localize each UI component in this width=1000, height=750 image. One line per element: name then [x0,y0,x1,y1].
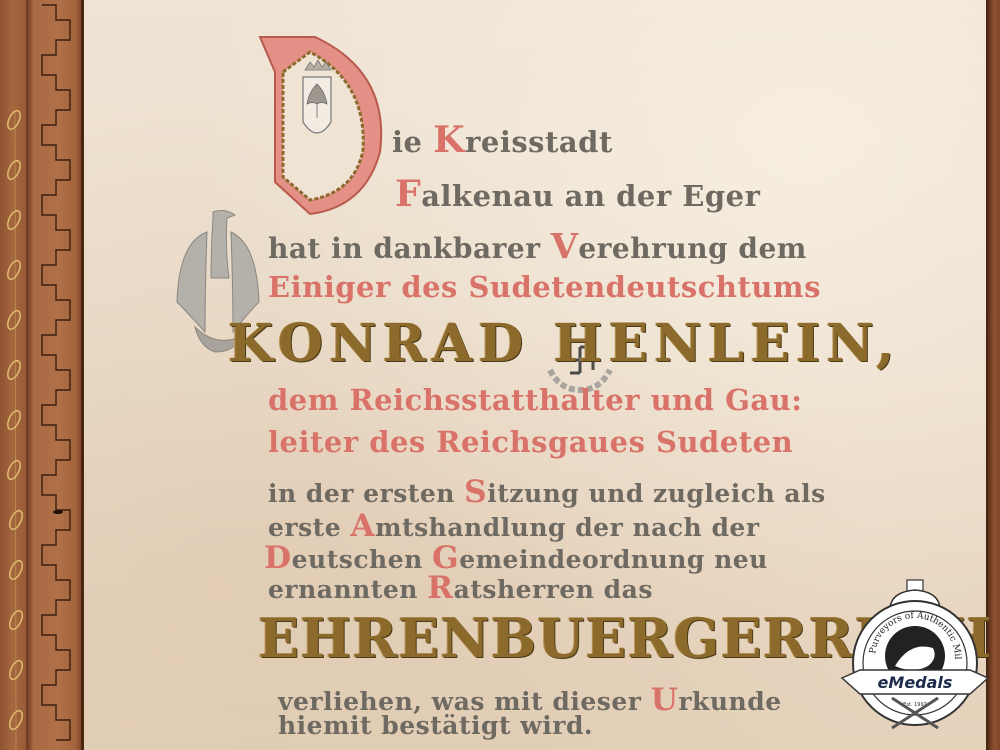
line9-part-c: mtshandlung der nach der [375,513,759,542]
text-line-9: erste Amtshandlung der nach der [268,508,760,544]
greek-key-border-icon [38,0,76,750]
text-line-5-name: KONRAD HENLEIN, [228,313,901,374]
line11-part-a: ernannten [268,575,427,604]
line11-part-c: atsherren das [454,575,653,604]
illuminated-initial-d-icon [255,32,395,217]
line13-part-c: rkunde [678,687,781,716]
frame-groove [26,0,28,750]
gilt-leaf-tooling-icon [4,110,26,750]
watermark-brand: eMedals [878,673,953,692]
line8-part-c: itzung und zugleich als [487,479,825,508]
line3-capital-v: V [551,226,579,267]
text-line-3: hat in dankbarer Verehrung dem [268,226,807,267]
text-line-1: ie Kreisstadt [392,118,613,161]
text-line-6: dem Reichsstatthalter und Gau: [268,383,802,417]
line9-part-a: erste [268,513,350,542]
line3-part-c: erehrung dem [578,232,807,265]
text-line-7: leiter des Reichsgaues Sudeten [268,425,793,459]
emedals-watermark-badge-icon: Purveyors of Authentic Militaria eMedals… [840,578,990,738]
line13-capital-u: U [651,682,679,718]
line3-part-a: hat in dankbarer [268,232,551,265]
line8-capital-s: S [464,474,487,510]
text-line-14: hiemit bestätigt wird. [278,711,593,740]
line2-part-b: alkenau an der Eger [421,179,760,213]
text-line-2: Falkenau an der Eger [395,172,760,215]
line1-capital-k: K [433,118,465,161]
line1-part-c: reisstadt [465,125,613,159]
line2-capital-f: F [395,172,421,215]
line8-part-a: in der ersten [268,479,464,508]
text-line-8: in der ersten Sitzung und zugleich als [268,474,826,510]
line11-capital-r: R [427,570,453,606]
text-line-11: ernannten Ratsherren das [268,570,653,606]
text-line-4: Einiger des Sudetendeutschtums [268,270,821,304]
line1-part-a: ie [392,125,433,159]
leather-frame-left [0,0,84,750]
line9-capital-a: A [350,508,375,544]
